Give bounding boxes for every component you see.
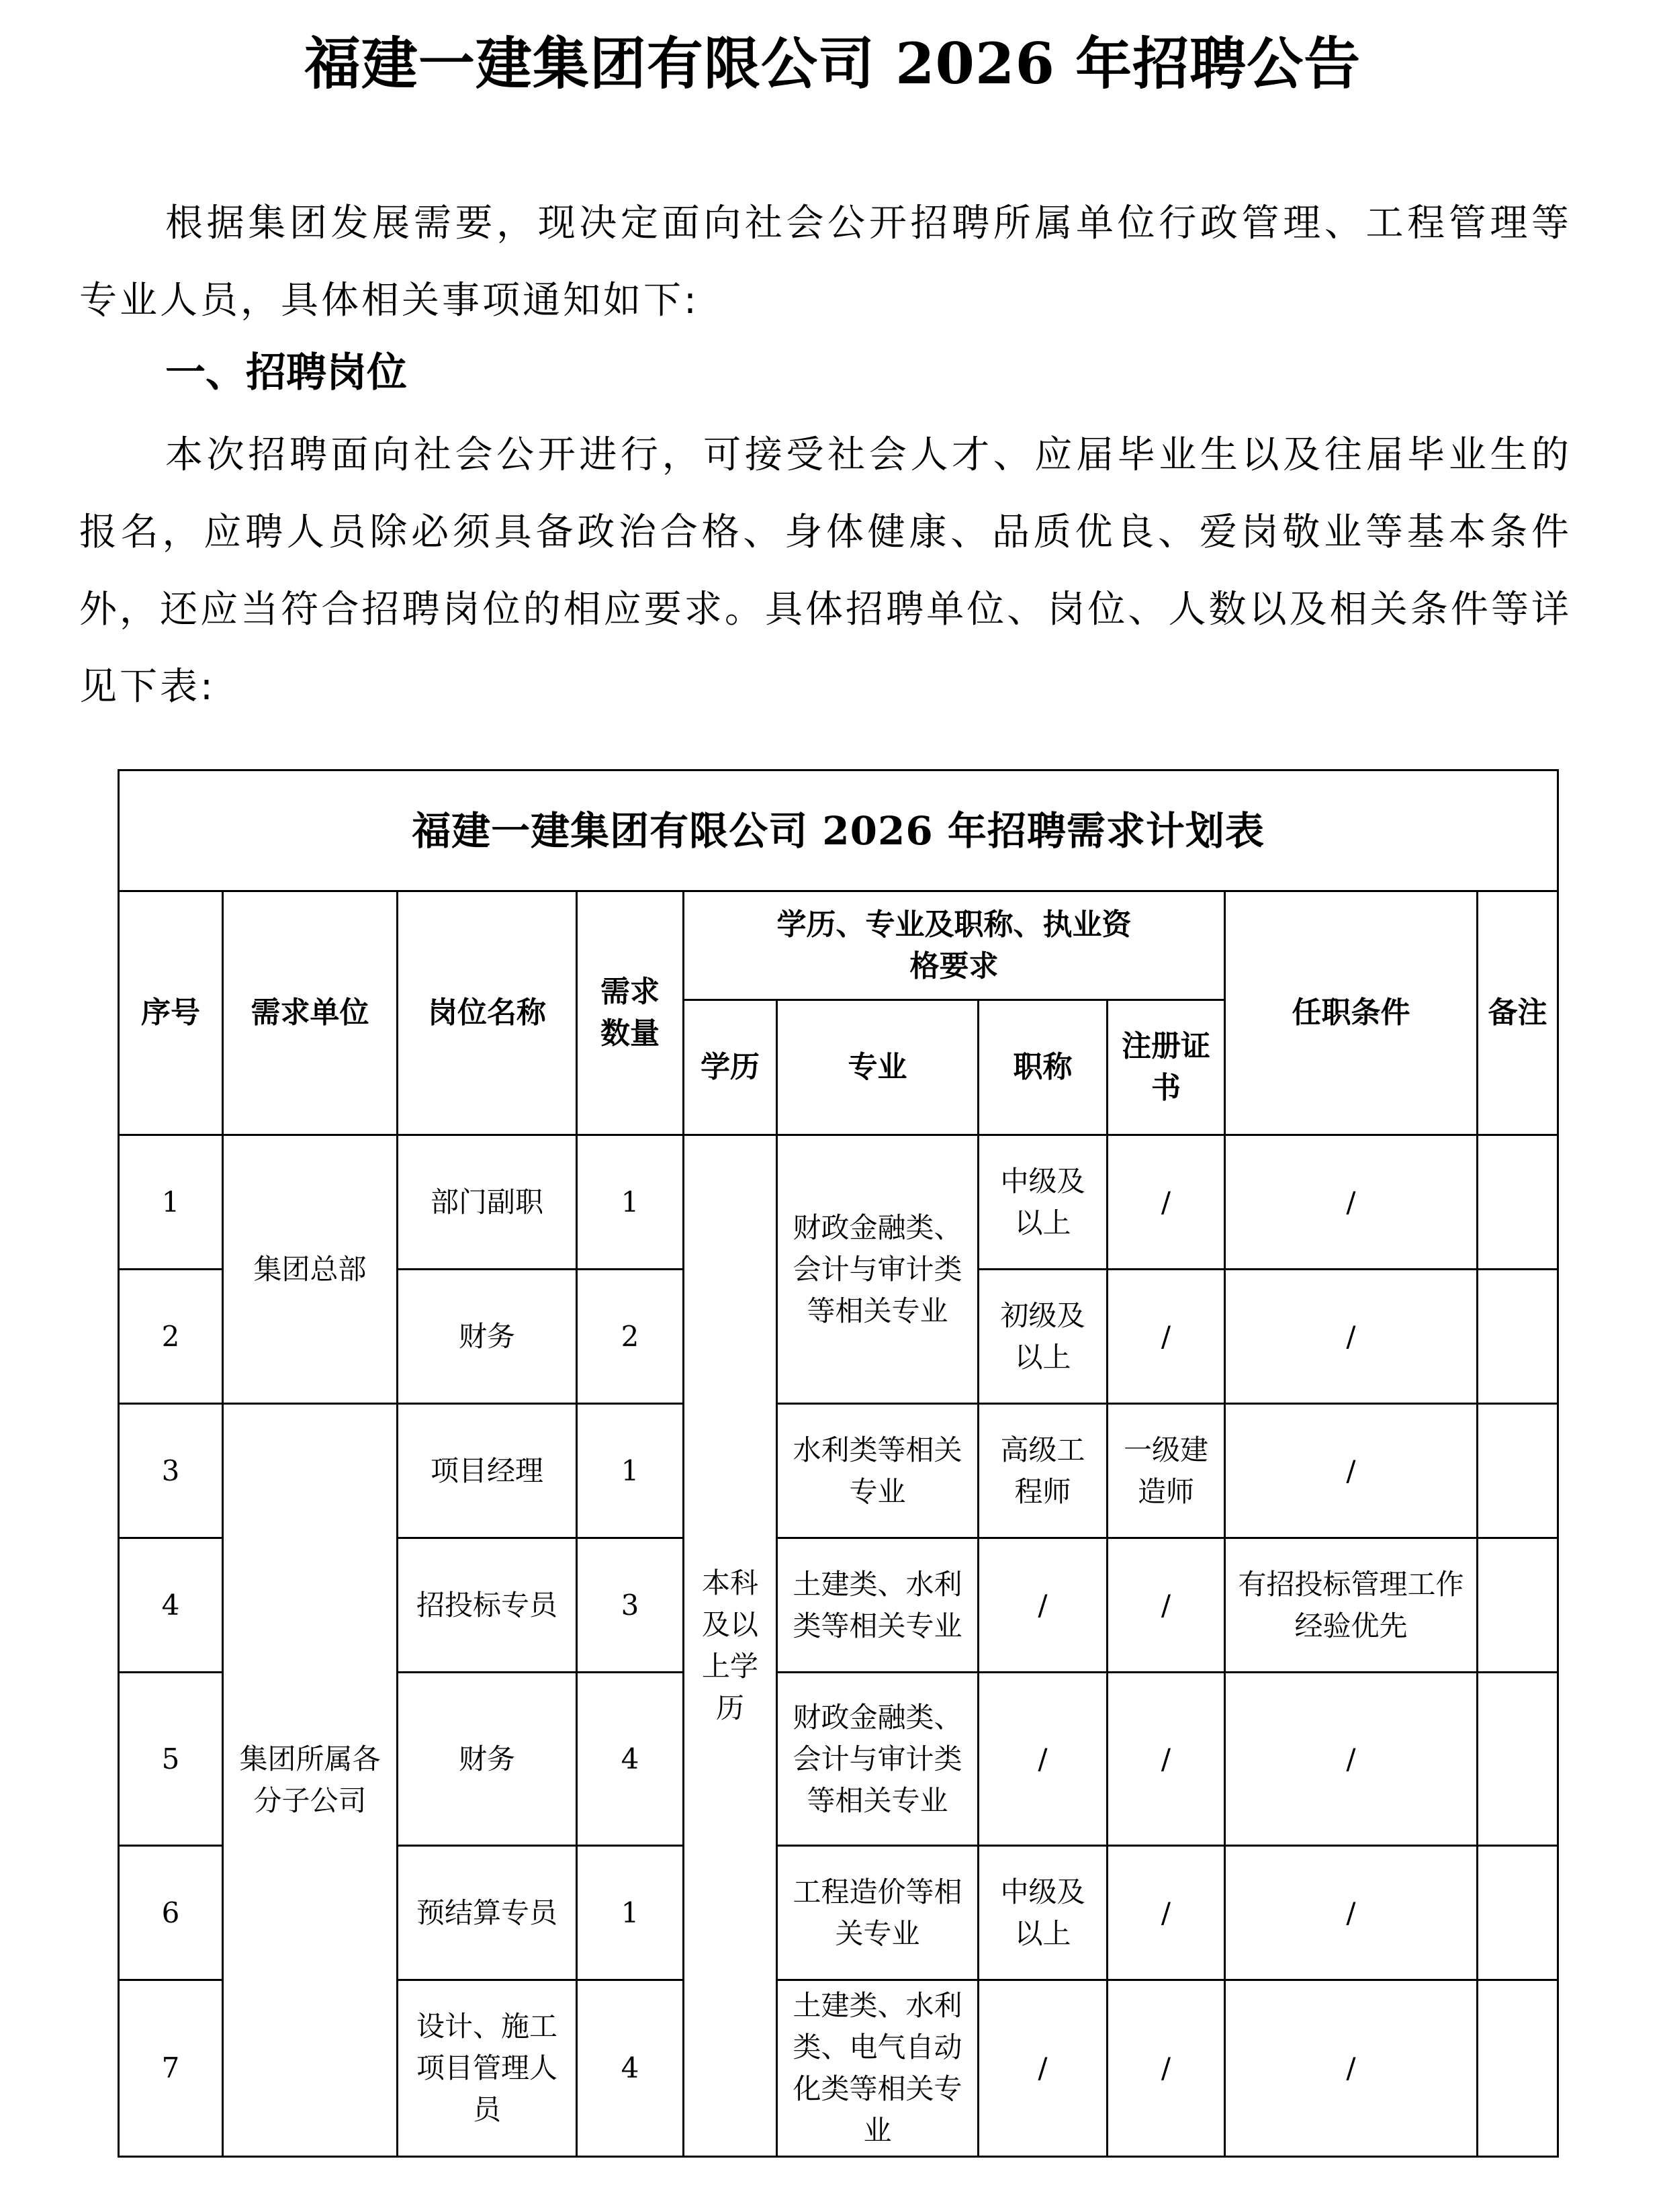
header-certificate: 注册证书 xyxy=(1108,1000,1225,1135)
row-title: 中级及以上 xyxy=(979,1846,1108,1980)
row-seq: 5 xyxy=(119,1673,223,1846)
document-title: 福建一建集团有限公司 2026 年招聘公告 xyxy=(0,27,1665,101)
row-conditions: / xyxy=(1225,1673,1478,1846)
row-major: 财政金融类、会计与审计类等相关专业 xyxy=(777,1135,979,1404)
row-title: / xyxy=(979,1980,1108,2157)
row-conditions: / xyxy=(1225,1980,1478,2157)
table-row: 3 集团所属各分子公司 项目经理 1 水利类等相关专业 高级工程师 一级建造师 … xyxy=(119,1404,1558,1538)
header-position: 岗位名称 xyxy=(398,891,577,1135)
header-remarks: 备注 xyxy=(1478,891,1558,1135)
row-seq: 6 xyxy=(119,1846,223,1980)
row-quantity: 4 xyxy=(577,1980,684,2157)
row-certificate: / xyxy=(1108,1270,1225,1404)
row-quantity: 1 xyxy=(577,1846,684,1980)
row-quantity: 1 xyxy=(577,1404,684,1538)
recruitment-plan-table: 福建一建集团有限公司 2026 年招聘需求计划表 序号 需求单位 岗位名称 需求… xyxy=(118,769,1559,2158)
row-major: 水利类等相关专业 xyxy=(777,1404,979,1538)
table-row: 1 集团总部 部门副职 1 本科及以上学历 财政金融类、会计与审计类等相关专业 … xyxy=(119,1135,1558,1270)
row-unit-hq: 集团总部 xyxy=(223,1135,398,1404)
header-unit: 需求单位 xyxy=(223,891,398,1135)
row-quantity: 3 xyxy=(577,1538,684,1673)
row-title: / xyxy=(979,1538,1108,1673)
row-certificate: 一级建造师 xyxy=(1108,1404,1225,1538)
row-quantity: 1 xyxy=(577,1135,684,1270)
row-remarks xyxy=(1478,1846,1558,1980)
row-remarks xyxy=(1478,1673,1558,1846)
row-education: 本科及以上学历 xyxy=(684,1135,777,2157)
row-major: 财政金融类、会计与审计类等相关专业 xyxy=(777,1673,979,1846)
intro-paragraph: 根据集团发展需要，现决定面向社会公开招聘所属单位行政管理、工程管理等专业人员，具… xyxy=(79,185,1572,339)
row-major: 土建类、水利类、电气自动化类等相关专业 xyxy=(777,1980,979,2157)
row-major: 工程造价等相关专业 xyxy=(777,1846,979,1980)
row-position: 招投标专员 xyxy=(398,1538,577,1673)
row-position: 部门副职 xyxy=(398,1135,577,1270)
row-certificate: / xyxy=(1108,1980,1225,2157)
row-remarks xyxy=(1478,1980,1558,2157)
row-quantity: 4 xyxy=(577,1673,684,1846)
row-remarks xyxy=(1478,1538,1558,1673)
row-seq: 2 xyxy=(119,1270,223,1404)
header-requirements-group: 学历、专业及职称、执业资格要求 xyxy=(684,891,1225,1000)
row-position: 设计、施工项目管理人员 xyxy=(398,1980,577,2157)
row-title: 高级工程师 xyxy=(979,1404,1108,1538)
row-position: 财务 xyxy=(398,1673,577,1846)
row-remarks xyxy=(1478,1135,1558,1270)
row-certificate: / xyxy=(1108,1538,1225,1673)
row-remarks xyxy=(1478,1270,1558,1404)
row-seq: 4 xyxy=(119,1538,223,1673)
row-quantity: 2 xyxy=(577,1270,684,1404)
row-conditions: / xyxy=(1225,1270,1478,1404)
header-seq: 序号 xyxy=(119,891,223,1135)
row-conditions: / xyxy=(1225,1404,1478,1538)
row-title: / xyxy=(979,1673,1108,1846)
section-heading-positions: 一、招聘岗位 xyxy=(165,339,407,406)
row-certificate: / xyxy=(1108,1846,1225,1980)
row-position: 财务 xyxy=(398,1270,577,1404)
row-certificate: / xyxy=(1108,1673,1225,1846)
row-conditions: 有招投标管理工作经验优先 xyxy=(1225,1538,1478,1673)
header-quantity: 需求数量 xyxy=(577,891,684,1135)
row-position: 预结算专员 xyxy=(398,1846,577,1980)
row-unit-subsidiaries: 集团所属各分子公司 xyxy=(223,1404,398,2157)
row-remarks xyxy=(1478,1404,1558,1538)
row-major: 土建类、水利类等相关专业 xyxy=(777,1538,979,1673)
row-title: 中级及以上 xyxy=(979,1135,1108,1270)
table-title: 福建一建集团有限公司 2026 年招聘需求计划表 xyxy=(119,770,1558,891)
row-certificate: / xyxy=(1108,1135,1225,1270)
row-title: 初级及以上 xyxy=(979,1270,1108,1404)
row-conditions: / xyxy=(1225,1135,1478,1270)
header-major: 专业 xyxy=(777,1000,979,1135)
row-conditions: / xyxy=(1225,1846,1478,1980)
row-seq: 1 xyxy=(119,1135,223,1270)
header-education: 学历 xyxy=(684,1000,777,1135)
row-seq: 3 xyxy=(119,1404,223,1538)
positions-paragraph: 本次招聘面向社会公开进行，可接受社会人才、应届毕业生以及往届毕业生的报名，应聘人… xyxy=(79,416,1572,725)
row-seq: 7 xyxy=(119,1980,223,2157)
header-title: 职称 xyxy=(979,1000,1108,1135)
row-position: 项目经理 xyxy=(398,1404,577,1538)
header-conditions: 任职条件 xyxy=(1225,891,1478,1135)
